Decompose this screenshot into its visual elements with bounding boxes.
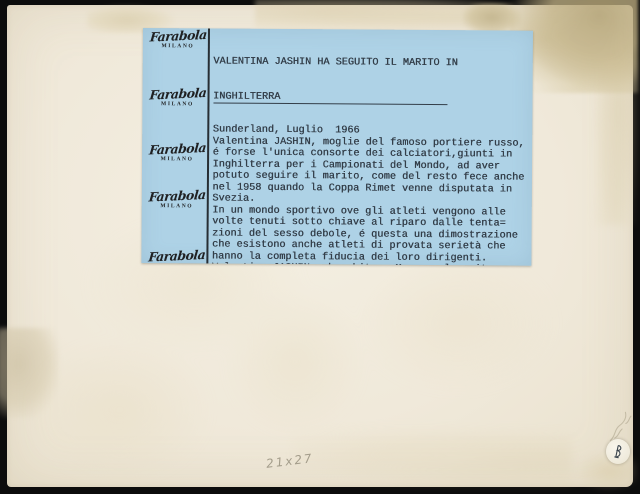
stain-left-bottom (0, 328, 59, 418)
agency-stamp-name: Farabola (148, 248, 205, 264)
agency-stamp: Farabola MILANO (150, 29, 206, 49)
sticker-mark (612, 443, 625, 460)
photo-back: Farabola MILANO Farabola MILANO Farabola… (7, 5, 633, 487)
agency-stamp-city: MILANO (148, 263, 204, 266)
caption-title-line1: VALENTINA JASHIN HA SEGUITO IL MARITO IN (213, 56, 529, 70)
stain-right-edge (591, 60, 637, 225)
caption-body: Sunderland, Luglio 1966Valentina JASHIN,… (212, 125, 529, 266)
caption-line-text: Svezia. (212, 194, 255, 205)
agency-stamp-name: Farabola (149, 141, 206, 157)
agency-stamp-column: Farabola MILANO Farabola MILANO Farabola… (141, 28, 208, 263)
caption-title-line2: INGHILTERRA (213, 91, 447, 105)
caption-text: VALENTINA JASHIN HA SEGUITO IL MARITO IN… (208, 28, 533, 265)
inventory-sticker (606, 439, 630, 464)
scan-background: Farabola MILANO Farabola MILANO Farabola… (0, 0, 640, 494)
caption-label: Farabola MILANO Farabola MILANO Farabola… (141, 28, 533, 266)
size-note-handwriting: 21x27 (265, 451, 314, 471)
agency-stamp: Farabola MILANO (149, 87, 205, 107)
agency-stamp: Farabola MILANO (149, 142, 205, 162)
caption-title-underlined: INGHILTERRA (213, 91, 280, 102)
caption-line-text: Valentina JASHIN, che abita a Mosca col … (212, 263, 499, 266)
agency-stamp: Farabola MILANO (149, 189, 205, 209)
agency-stamp: Farabola MILANO (148, 249, 204, 266)
stain-bottom-center (292, 423, 572, 485)
caption-line-text: Sunderland, Luglio 1966 (213, 125, 360, 137)
stain-top-band (255, 0, 510, 31)
agency-stamp-name: Farabola (149, 86, 206, 102)
caption-line-text: nel 1958 quando la Coppa Rimet venne dis… (212, 182, 512, 195)
agency-stamp-name: Farabola (148, 188, 205, 204)
agency-stamp-name: Farabola (149, 28, 206, 44)
